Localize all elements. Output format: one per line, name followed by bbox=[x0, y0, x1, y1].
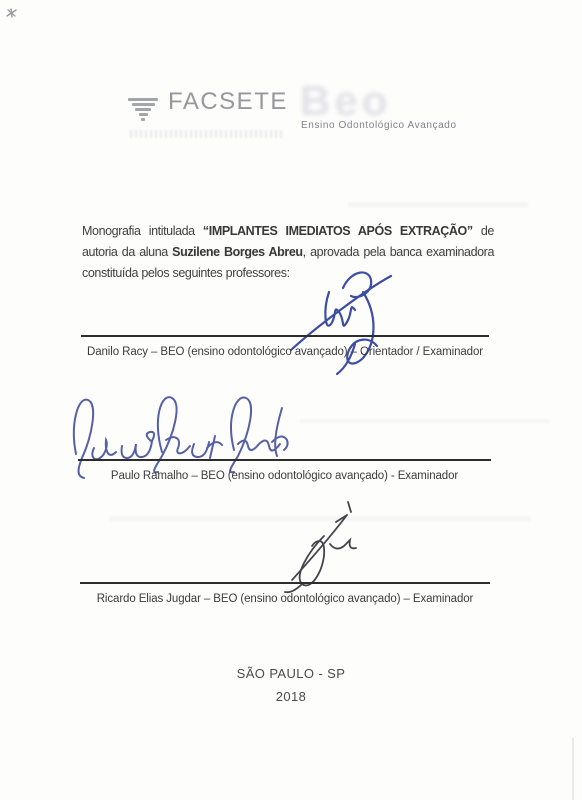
facsete-logo: FACSETE bbox=[128, 90, 288, 121]
scan-smudge bbox=[348, 202, 528, 207]
facsete-triangle-icon bbox=[128, 98, 158, 121]
signature-ricardo-jugdar bbox=[272, 500, 372, 594]
signature-danilo-racy bbox=[285, 264, 400, 376]
thesis-title: “IMPLANTES IMEDIATOS APÓS EXTRAÇÃO” bbox=[203, 224, 473, 238]
scan-corner-mark bbox=[6, 8, 18, 18]
beo-logo-faded: Beo bbox=[300, 80, 391, 122]
examiner-label-3: Ricardo Elias Jugdar – BEO (ensino odont… bbox=[80, 593, 490, 605]
examiner-label-2: Paulo Ramalho – BEO (ensino odontológico… bbox=[78, 470, 491, 482]
scanned-approval-page: FACSETE Beo Ensino Odontológico Avançado… bbox=[0, 0, 582, 800]
signature-line-3 bbox=[80, 582, 490, 584]
scan-smudge bbox=[300, 419, 550, 423]
facsete-tagline-illegible bbox=[130, 130, 282, 138]
signature-line-2 bbox=[78, 459, 491, 461]
scan-edge-artifact bbox=[572, 738, 574, 800]
beo-tagline: Ensino Odontológico Avançado bbox=[301, 120, 457, 131]
student-name: Suzilene Borges Abreu bbox=[172, 245, 303, 259]
signature-paulo-ramalho bbox=[66, 390, 298, 482]
footer-city: SÃO PAULO - SP bbox=[0, 666, 582, 681]
signature-line-1 bbox=[81, 335, 489, 337]
paragraph-lead: Monografia intitulada bbox=[82, 224, 203, 238]
footer-year: 2018 bbox=[0, 689, 582, 704]
facsete-logo-text: FACSETE bbox=[168, 90, 288, 114]
examiner-label-1: Danilo Racy – BEO (ensino odontológico a… bbox=[81, 346, 489, 358]
